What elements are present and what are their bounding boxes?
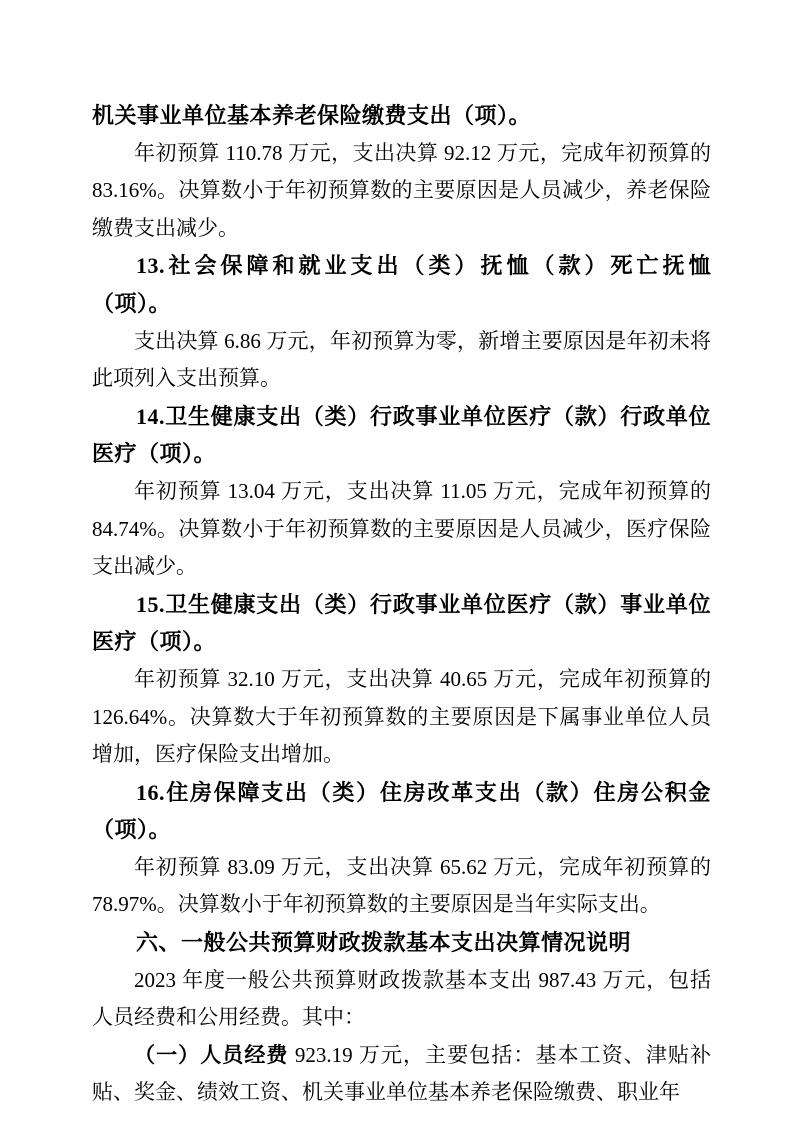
heading-item-14-admin-unit-medical: 14.卫生健康支出（类）行政事业单位医疗（款）行政单位医疗（项）。	[92, 398, 711, 473]
document-page: 机关事业单位基本养老保险缴费支出（项）。 年初预算 110.78 万元，支出决算…	[0, 0, 793, 1122]
heading-item-16-housing-fund: 16.住房保障支出（类）住房改革支出（款）住房公积金（项）。	[92, 774, 711, 849]
heading-pension-contribution-continuation: 机关事业单位基本养老保险缴费支出（项）。	[92, 97, 711, 135]
heading-item-13-death-benefits: 13.社会保障和就业支出（类）抚恤（款）死亡抚恤（项）。	[92, 247, 711, 322]
paragraph-personnel-expense: （一）人员经费 923.19 万元，主要包括：基本工资、津贴补贴、奖金、绩效工资…	[92, 1037, 711, 1112]
paragraph-item-16-detail: 年初预算 83.09 万元，支出决算 65.62 万元，完成年初预算的 78.9…	[92, 849, 711, 924]
document-text-block: 机关事业单位基本养老保险缴费支出（项）。 年初预算 110.78 万元，支出决算…	[92, 97, 711, 1112]
paragraph-section-6-intro: 2023 年度一般公共预算财政拨款基本支出 987.43 万元，包括人员经费和公…	[92, 962, 711, 1037]
heading-section-6-basic-expenditure-explanation: 六、一般公共预算财政拨款基本支出决算情况说明	[92, 924, 711, 962]
heading-item-15-institution-medical: 15.卫生健康支出（类）行政事业单位医疗（款）事业单位医疗（项）。	[92, 586, 711, 661]
paragraph-item-14-detail: 年初预算 13.04 万元，支出决算 11.05 万元，完成年初预算的 84.7…	[92, 473, 711, 586]
paragraph-pension-contribution-detail: 年初预算 110.78 万元，支出决算 92.12 万元，完成年初预算的 83.…	[92, 135, 711, 248]
personnel-expense-label: （一）人员经费	[134, 1043, 289, 1067]
paragraph-item-13-detail: 支出决算 6.86 万元，年初预算为零，新增主要原因是年初未将此项列入支出预算。	[92, 323, 711, 398]
paragraph-item-15-detail: 年初预算 32.10 万元，支出决算 40.65 万元，完成年初预算的 126.…	[92, 661, 711, 774]
